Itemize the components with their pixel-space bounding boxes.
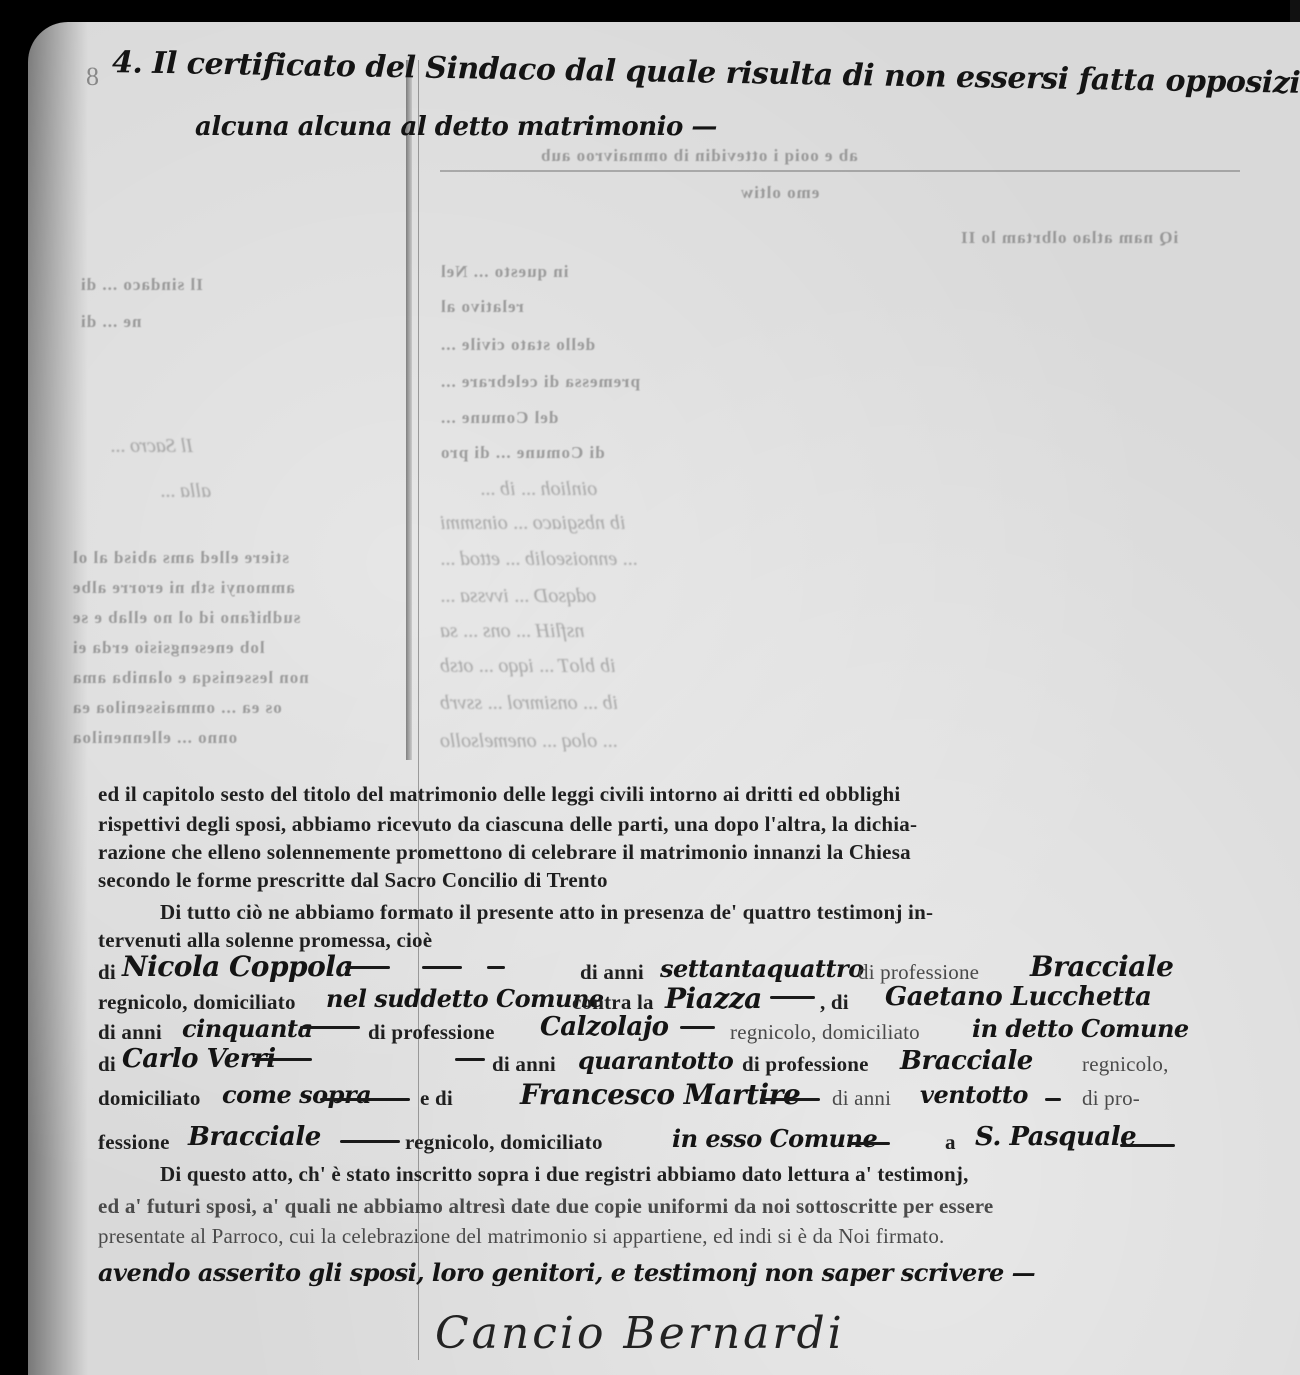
witness-3-profession: Bracciale [900, 1046, 1033, 1076]
body-para2-line1: Di tutto ciò ne abbiamo formato il prese… [160, 900, 933, 925]
fill-dash [1120, 1144, 1175, 1147]
ghost-text: di Comune ... di pro [440, 443, 605, 463]
label-di-anni: di anni [492, 1052, 556, 1077]
witness-2-age: cinquanta [182, 1014, 313, 1043]
fill-dash [422, 966, 462, 969]
ghost-text: sudhifano id ol no ellab e se [72, 608, 300, 628]
label-di: di [98, 1052, 116, 1077]
label-domiciliato: domiciliato [98, 1086, 201, 1111]
label-fessione: fessione [98, 1130, 170, 1155]
closing-line1: Di questo atto, ch' è stato inscritto so… [160, 1162, 969, 1187]
ghost-text: dello stato civile ... [440, 335, 595, 355]
fill-dash [455, 1058, 485, 1061]
witness-4-street: S. Pasquale [975, 1122, 1136, 1152]
ghost-text: in questo ... Nel [440, 262, 568, 282]
ghost-text: premessa di celebrare ... [440, 372, 640, 392]
label-di-anni: di anni [98, 1020, 162, 1045]
ghost-text: ib bloT ... iqqo ... otsb [440, 655, 616, 678]
ghost-text: nsfliH ... ons ... sa [440, 620, 584, 643]
label-comma-di: , di [820, 990, 849, 1015]
ghost-text: alla ... [160, 480, 211, 503]
label-di-anni: di anni [832, 1086, 891, 1111]
ghost-text: os ea ... ommaisseniloa ea [72, 698, 282, 718]
ghost-text: ammonyi sth ni erorre albe [72, 578, 295, 598]
fill-dash [760, 1098, 820, 1101]
witness-4-age: ventotto [920, 1080, 1028, 1109]
closing-handwritten-note: avendo asserito gli sposi, loro genitori… [98, 1258, 1035, 1287]
fill-dash [850, 1142, 890, 1145]
fill-dash [487, 966, 505, 969]
ghost-text: ib nbsgiaco ... oinsmmi [440, 512, 626, 535]
ghost-text: ib ... onsimrol ... ssvrb [440, 692, 618, 715]
ghost-text: ab e ooiq i ottevidin ib ommaivroo aub [540, 146, 858, 166]
body-line: ed il capitolo sesto del titolo del matr… [98, 782, 900, 807]
label-di: di [98, 960, 116, 985]
witness-2-profession: Calzolajo [540, 1012, 669, 1042]
label-regnicolo-comma: regnicolo, [1082, 1052, 1169, 1077]
fill-dash [320, 1098, 410, 1101]
header-note-line2: alcuna alcuna al detto matrimonio — [195, 112, 717, 142]
witness-2-residence: in detto Comune [972, 1014, 1189, 1043]
fill-dash [252, 1058, 312, 1061]
label-regnicolo: regnicolo, domiciliato [730, 1020, 920, 1045]
ghost-text: ... ennoiseolib ... ettod ... [440, 548, 637, 571]
witness-4-name: Francesco Martire [520, 1078, 800, 1111]
ghost-text: lob enesengsisio erda ei [72, 638, 265, 658]
witness-1-name: Nicola Coppola [122, 950, 353, 983]
label-di-professione: di professione [368, 1020, 495, 1045]
witness-2-name: Gaetano Lucchetta [885, 982, 1151, 1012]
fill-dash [345, 966, 390, 969]
fill-dash [340, 1140, 400, 1143]
witness-3-age: quarantotto [578, 1046, 733, 1075]
witness-3-residence: come sopra [222, 1080, 371, 1109]
witness-1-profession: Bracciale [1030, 950, 1173, 983]
page-number-mark: 8 [86, 62, 99, 92]
ghost-text: odqsoD ... ivvssa ... [440, 585, 596, 608]
mayor-signature: Cancio Bernardi [435, 1308, 845, 1359]
label-di-pro: di pro- [1082, 1086, 1140, 1111]
fill-dash [300, 1026, 360, 1029]
ghost-text: oinlioh ... ib ... [480, 478, 597, 501]
ghost-text: Il Sacro ... [110, 435, 193, 458]
fill-dash [1045, 1098, 1061, 1101]
ghost-text: stiere elled ams abisd al ol [72, 548, 289, 568]
ghost-text: del Comune ... [440, 408, 558, 428]
body-line: secondo le forme prescritte dal Sacro Co… [98, 868, 608, 893]
ghost-text: emo oltiw [740, 183, 819, 203]
label-a: a [945, 1130, 956, 1155]
label-di-professione: di professione [742, 1052, 869, 1077]
witness-4-profession: Bracciale [188, 1122, 321, 1152]
ghost-text: relativo al [440, 297, 524, 317]
page-fold [406, 60, 412, 760]
ghost-text: iQ nam atlao olbrtam lo II [960, 228, 1178, 248]
witness-1-age: settantaquattro [660, 954, 864, 983]
fill-dash [680, 1026, 715, 1029]
ghost-text: non lessenisqa e olaniba ama [72, 668, 309, 688]
witness-1-residence: nel suddetto Comune [326, 984, 604, 1013]
ghost-text: ne ... di [80, 312, 141, 332]
witness-4-residence: in esso Comune [672, 1124, 877, 1153]
label-di-anni: di anni [580, 960, 644, 985]
fill-dash [770, 996, 815, 999]
label-regnicolo: regnicolo, domiciliato [405, 1130, 603, 1155]
body-line: rispettivi degli sposi, abbiamo ricevuto… [98, 812, 917, 837]
body-line: razione che elleno solennemente prometto… [98, 840, 911, 865]
ghost-text: Il sindaco ... di [80, 275, 203, 295]
ghost-text: onno ... ellenneniloa [72, 728, 237, 748]
closing-line2: ed a' futuri sposi, a' quali ne abbiamo … [98, 1194, 993, 1219]
witness-1-street: Piazza [665, 982, 762, 1015]
ghost-rule [440, 170, 1240, 172]
closing-line3: presentate al Parroco, cui la celebrazio… [98, 1224, 944, 1249]
label-regnicolo: regnicolo, domiciliato [98, 990, 296, 1015]
ghost-text: ... oloq ... onemelsollo [440, 730, 617, 753]
label-e-di: e di [420, 1086, 453, 1111]
